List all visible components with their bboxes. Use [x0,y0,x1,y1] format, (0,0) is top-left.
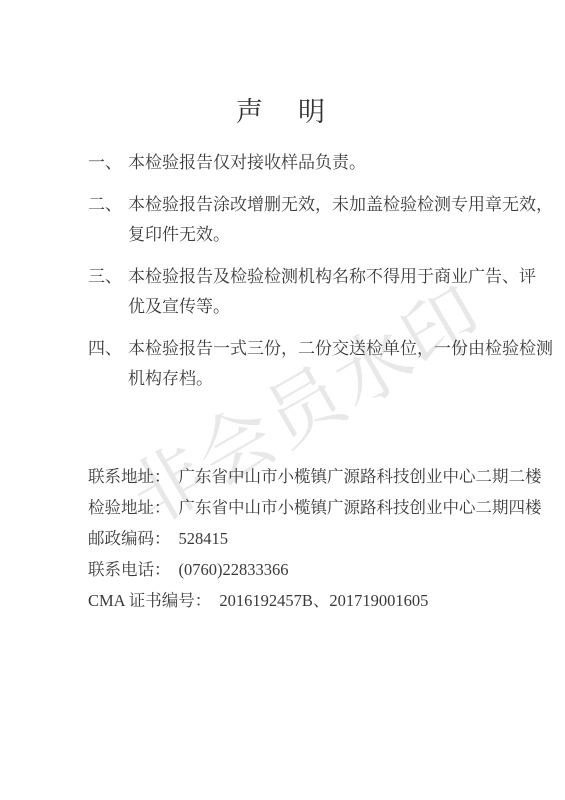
statement-line: 本检验报告一式三份，二份交送检单位，一份由检验检测 [128,334,553,364]
statement-line: 本检验报告仅对接收样品负责。 [128,148,550,178]
postal-code-label: 邮政编码： [88,523,171,554]
statement-item-3: 三、 本检验报告及检验检测机构名称不得用于商业广告、评 优及宣传等。 [88,262,550,322]
statement-item-1: 一、 本检验报告仅对接收样品负责。 [88,148,550,178]
phone-value: (0760)22833366 [179,554,289,585]
statement-item-text: 本检验报告一式三份，二份交送检单位，一份由检验检测 机构存档。 [128,334,553,394]
statement-item-number: 四、 [88,334,128,364]
statement-item-text: 本检验报告及检验检测机构名称不得用于商业广告、评 优及宣传等。 [128,262,550,322]
contact-address-label: 联系地址： [88,461,171,492]
cma-certificate-row: CMA 证书编号： 2016192457B、201719001605 [88,585,542,616]
statement-line: 优及宣传等。 [128,292,550,322]
document-page: 非会员水印 声 明 一、 本检验报告仅对接收样品负责。 二、 本检验报告涂改增删… [0,0,565,800]
statement-list: 一、 本检验报告仅对接收样品负责。 二、 本检验报告涂改增删无效，未加盖检验检测… [88,148,550,406]
phone-label: 联系电话： [88,554,171,585]
statement-item-number: 一、 [88,148,128,178]
postal-code-row: 邮政编码： 528415 [88,523,542,554]
contact-info-block: 联系地址： 广东省中山市小榄镇广源路科技创业中心二期二楼 检验地址： 广东省中山… [88,461,542,616]
statement-item-number: 三、 [88,262,128,292]
statement-item-text: 本检验报告涂改增删无效，未加盖检验检测专用章无效， 复印件无效。 [128,190,553,250]
cma-certificate-label: CMA 证书编号： [88,585,211,616]
statement-line: 机构存档。 [128,364,553,394]
postal-code-value: 528415 [179,523,229,554]
statement-line: 本检验报告及检验检测机构名称不得用于商业广告、评 [128,262,550,292]
inspection-address-label: 检验地址： [88,492,171,523]
statement-item-number: 二、 [88,190,128,220]
cma-certificate-value: 2016192457B、201719001605 [219,585,428,616]
statement-item-4: 四、 本检验报告一式三份，二份交送检单位，一份由检验检测 机构存档。 [88,334,550,394]
statement-item-2: 二、 本检验报告涂改增删无效，未加盖检验检测专用章无效， 复印件无效。 [88,190,550,250]
statement-line: 复印件无效。 [128,220,553,250]
contact-address-row: 联系地址： 广东省中山市小榄镇广源路科技创业中心二期二楼 [88,461,542,492]
inspection-address-row: 检验地址： 广东省中山市小榄镇广源路科技创业中心二期四楼 [88,492,542,523]
inspection-address-value: 广东省中山市小榄镇广源路科技创业中心二期四楼 [179,492,542,523]
statement-line: 本检验报告涂改增删无效，未加盖检验检测专用章无效， [128,190,553,220]
phone-row: 联系电话： (0760)22833366 [88,554,542,585]
contact-address-value: 广东省中山市小榄镇广源路科技创业中心二期二楼 [179,461,542,492]
statement-item-text: 本检验报告仅对接收样品负责。 [128,148,550,178]
page-title: 声 明 [0,90,565,129]
